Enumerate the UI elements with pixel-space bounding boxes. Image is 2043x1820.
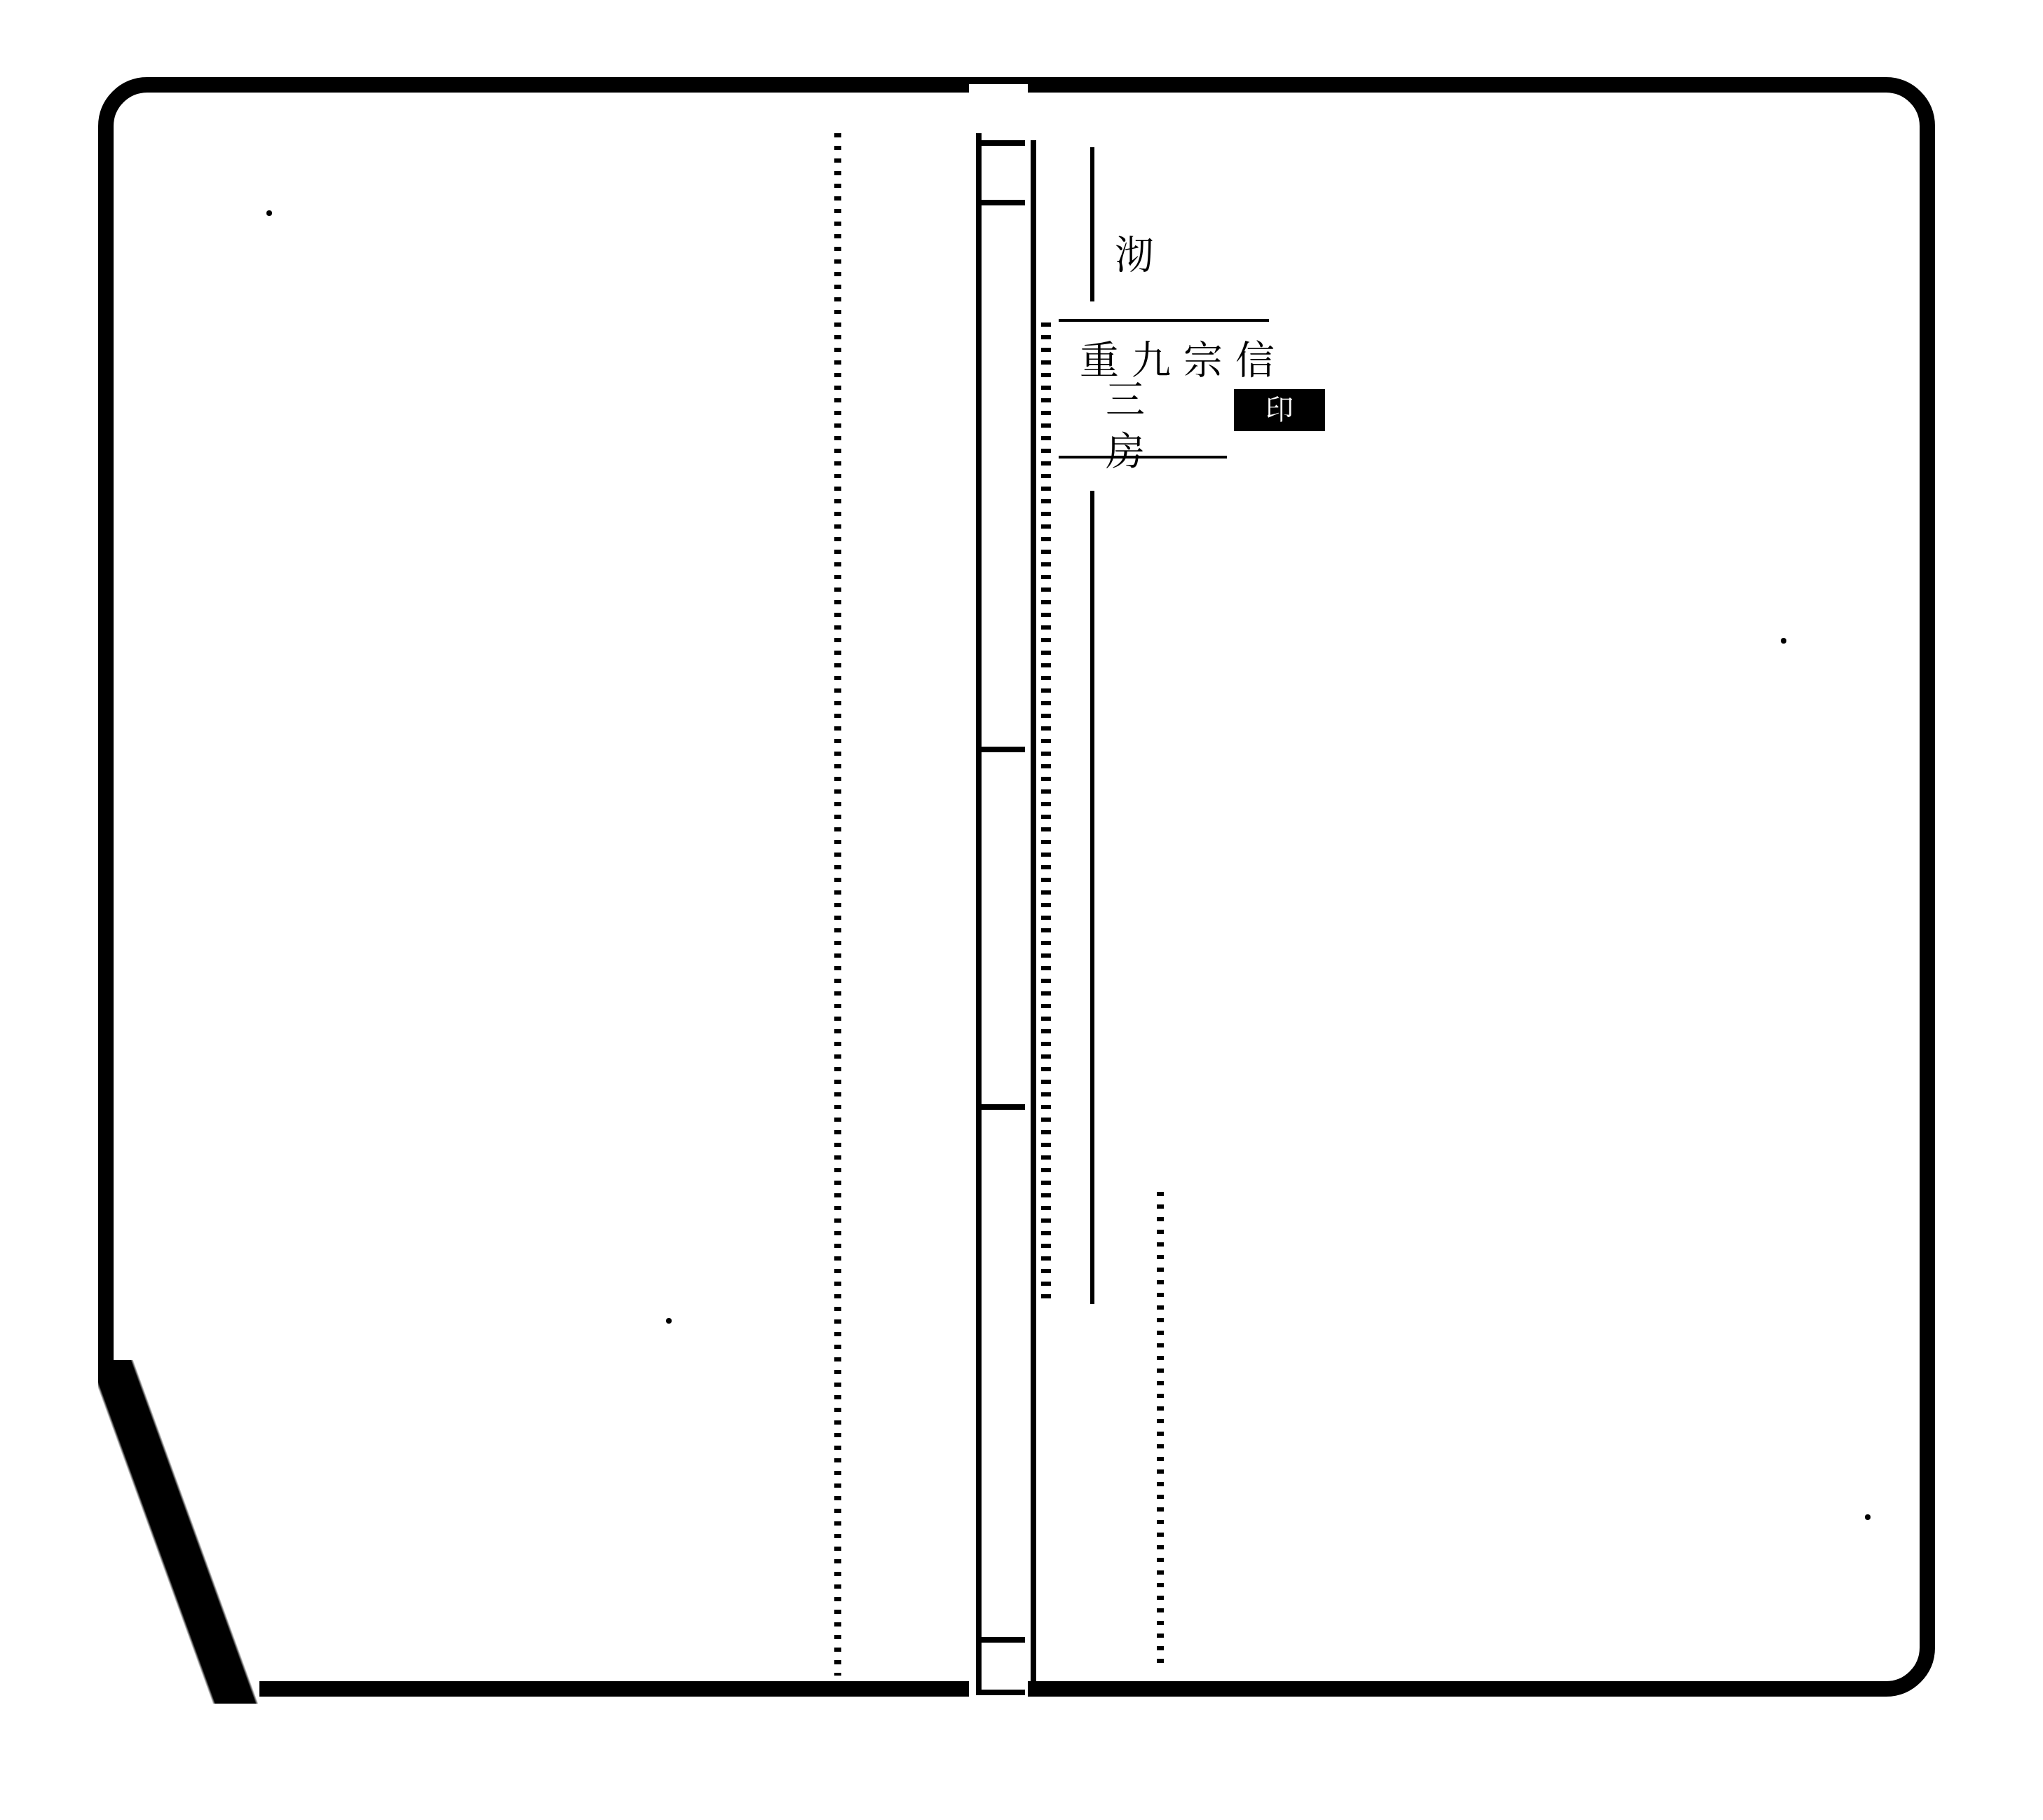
label-line-1: 重九宗信 <box>1080 330 1287 386</box>
label-title-glyph: 沏 <box>1115 224 1167 280</box>
label-top-rule <box>1059 319 1269 322</box>
label-line-2: 三房 <box>1094 379 1150 482</box>
label-long-rule <box>1090 491 1094 1304</box>
torn-corner <box>98 1360 259 1704</box>
stitch-top-1 <box>976 140 1025 146</box>
stitch-bottom-1 <box>976 1637 1025 1643</box>
speck <box>266 210 272 216</box>
speck <box>666 1318 672 1324</box>
speck <box>1865 1514 1871 1520</box>
spine-shadow <box>1041 322 1051 1304</box>
stitch-mid-2 <box>976 1104 1025 1110</box>
label-vertical-rule <box>1090 147 1094 301</box>
speck <box>1781 638 1786 644</box>
stitch-bottom-2 <box>976 1690 1025 1695</box>
spine-right-edge <box>1031 140 1036 1697</box>
spine-left-edge <box>976 133 982 1690</box>
seal-stamp: 印 <box>1234 389 1325 431</box>
stitch-top-2 <box>976 200 1025 205</box>
left-gutter-shadow <box>834 133 841 1676</box>
right-gutter-shadow <box>1157 1192 1164 1669</box>
stitch-mid-1 <box>976 747 1025 752</box>
